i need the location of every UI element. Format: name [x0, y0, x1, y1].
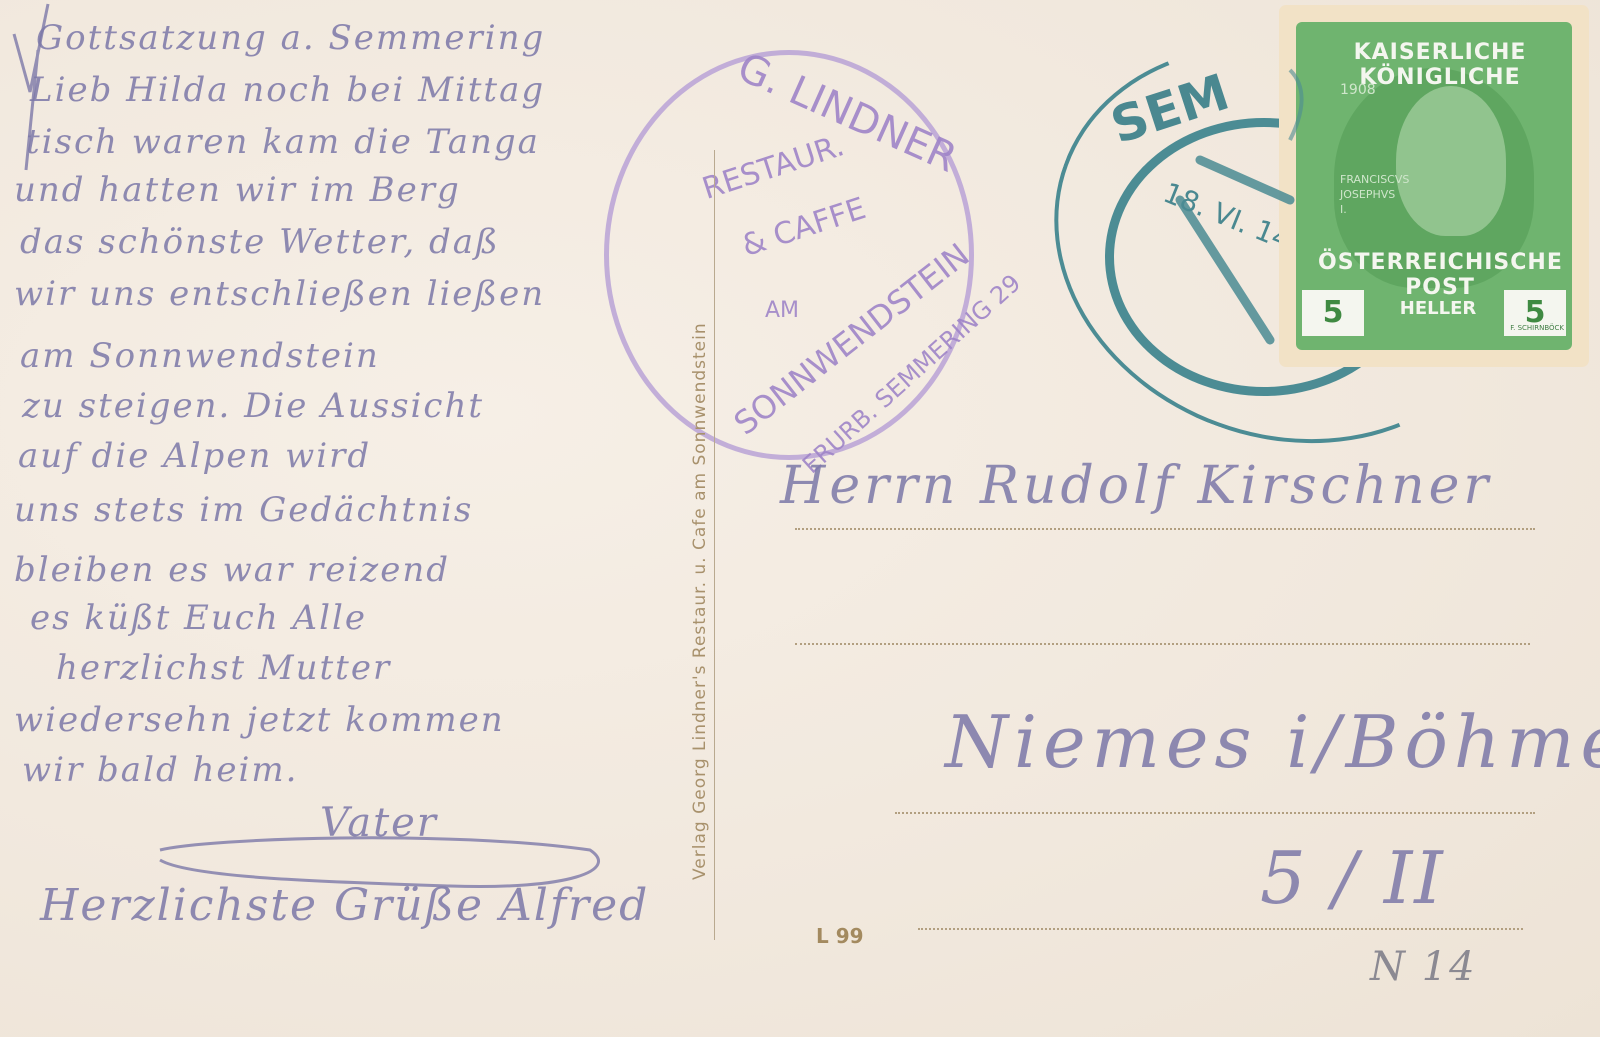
- postmark-strike-icon: [1140, 40, 1440, 400]
- center-divider: [714, 150, 715, 940]
- message-line: wir uns entschließen ließen: [14, 274, 545, 314]
- message-line: zu steigen. Die Aussicht: [22, 386, 484, 426]
- series-number: L 99: [816, 924, 864, 948]
- message-line: uns stets im Gedächtnis: [14, 490, 473, 530]
- message-line: tisch waren kam die Tanga: [26, 122, 540, 162]
- recipient-name: Herrn Rudolf Kirschner: [780, 456, 1492, 516]
- address-line-1: [795, 528, 1535, 530]
- message-line: Lieb Hilda noch bei Mittag: [30, 70, 545, 110]
- message-line: und hatten wir im Berg: [14, 170, 461, 210]
- message-line: am Sonnwendstein: [20, 336, 380, 376]
- message-line: es küßt Euch Alle: [30, 598, 367, 638]
- postscript: Herzlichste Grüße Alfred: [40, 880, 649, 931]
- message-line: das schönste Wetter, daß: [20, 222, 500, 262]
- message-line: Gottsatzung a. Semmering: [36, 18, 545, 58]
- address-line-3: [895, 812, 1535, 814]
- message-line: auf die Alpen wird: [18, 436, 371, 476]
- margin-mark-icon: [8, 0, 68, 180]
- address-line-4: [918, 928, 1523, 930]
- recipient-note: N 14: [1370, 944, 1477, 990]
- stamp-printer: F. SCHIRNBÖCK: [1510, 324, 1564, 332]
- address-line-2: [795, 643, 1530, 645]
- message-line: herzlichst Mutter: [56, 648, 391, 688]
- postcard: Gottsatzung a. Semmering Lieb Hilda noch…: [0, 0, 1600, 1037]
- message-line: wir bald heim.: [22, 750, 298, 790]
- publisher-imprint: Verlag Georg Lindner's Restaur. u. Cafe …: [690, 322, 710, 880]
- recipient-town: Niemes i/Böhmen: [945, 700, 1600, 784]
- message-line: wiedersehn jetzt kommen: [14, 700, 505, 740]
- handstamp-line: AM: [765, 298, 799, 323]
- recipient-street: 5 / II: [1260, 836, 1445, 920]
- message-line: bleiben es war reizend: [14, 550, 450, 590]
